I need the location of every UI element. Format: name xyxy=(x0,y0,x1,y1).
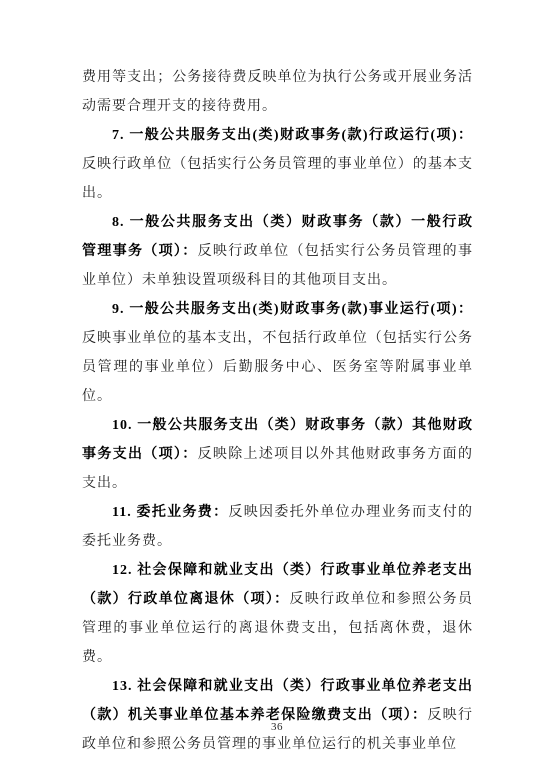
paragraph-text: 费用等支出；公务接待费反映单位为执行公务或开展业务活动需要合理开支的接待费用。 xyxy=(82,70,473,114)
paragraph-heading: 13. 社会保障和就业支出（类）行政事业单位养老支出（款）机关事业单位基本养老保… xyxy=(82,679,473,723)
paragraph: 费用等支出；公务接待费反映单位为执行公务或开展业务活动需要合理开支的接待费用。 xyxy=(82,63,473,121)
paragraph: 12. 社会保障和就业支出（类）行政事业单位养老支出（款）行政单位离退休（项）：… xyxy=(82,556,473,672)
page-number: 36 xyxy=(0,721,554,733)
paragraph-heading: 11. 委托业务费： xyxy=(112,505,228,520)
paragraph-text: 反映事业单位的基本支出，不包括行政单位（包括实行公务员管理的事业单位）后勤服务中… xyxy=(82,331,473,404)
paragraph-heading: 9. 一般公共服务支出(类)财政事务(款)事业运行(项)： xyxy=(112,302,473,317)
paragraph: 11. 委托业务费：反映因委托外单位办理业务而支付的委托业务费。 xyxy=(82,498,473,556)
paragraph: 10. 一般公共服务支出（类）财政事务（款）其他财政事务支出（项）：反映除上述项… xyxy=(82,411,473,498)
paragraph: 7. 一般公共服务支出(类)财政事务(款)行政运行(项)：反映行政单位（包括实行… xyxy=(82,121,473,208)
paragraph-text: 反映行政单位（包括实行公务员管理的事业单位）的基本支出。 xyxy=(82,157,473,201)
paragraph-heading: 7. 一般公共服务支出(类)财政事务(款)行政运行(项)： xyxy=(112,128,473,143)
paragraph: 9. 一般公共服务支出(类)财政事务(款)事业运行(项)：反映事业单位的基本支出… xyxy=(82,295,473,411)
paragraph: 13. 社会保障和就业支出（类）行政事业单位养老支出（款）机关事业单位基本养老保… xyxy=(82,672,473,759)
paragraph: 8. 一般公共服务支出（类）财政事务（款）一般行政管理事务（项）：反映行政单位（… xyxy=(82,208,473,295)
document-page: 费用等支出；公务接待费反映单位为执行公务或开展业务活动需要合理开支的接待费用。7… xyxy=(0,0,554,783)
document-body: 费用等支出；公务接待费反映单位为执行公务或开展业务活动需要合理开支的接待费用。7… xyxy=(82,63,473,759)
